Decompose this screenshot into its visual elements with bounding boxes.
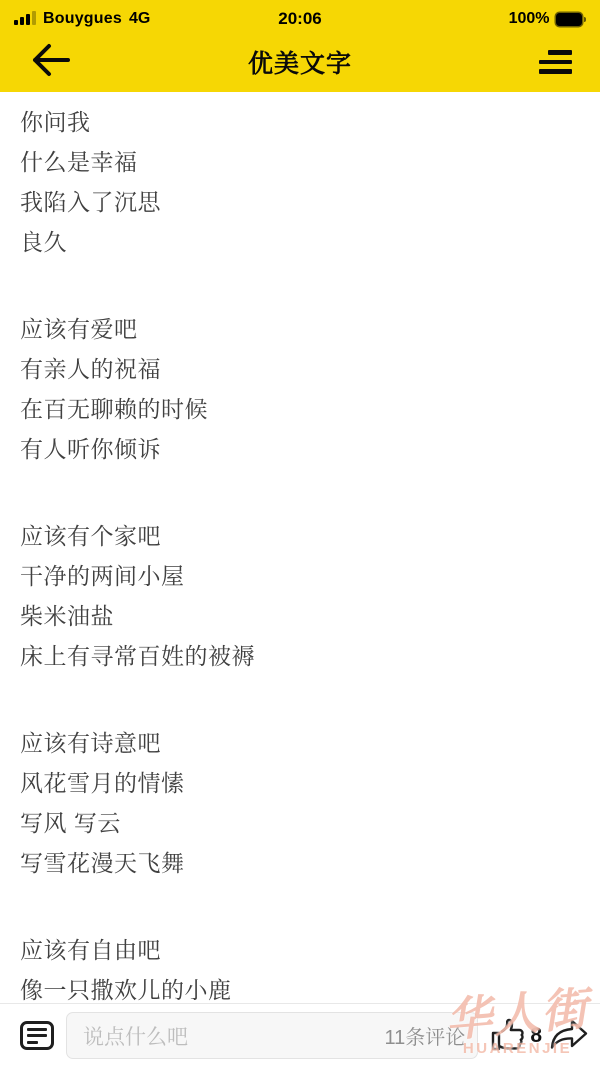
poem-line: 柴米油盐 bbox=[20, 596, 580, 636]
poem-stanza: 应该有爱吧 有亲人的祝福 在百无聊赖的时候 有人听你倾诉 bbox=[20, 309, 580, 469]
article-body: 你问我 什么是幸福 我陷入了沉思 良久 应该有爱吧 有亲人的祝福 在百无聊赖的时… bbox=[0, 92, 600, 1003]
page-title: 优美文字 bbox=[0, 44, 600, 80]
menu-button[interactable] bbox=[532, 44, 572, 80]
poem-stanza: 应该有诗意吧 风花雪月的情愫 写风 写云 写雪花漫天飞舞 bbox=[20, 723, 580, 883]
poem-line: 你问我 bbox=[20, 102, 580, 142]
like-group: 8 bbox=[488, 1017, 590, 1055]
nav-bar: 优美文字 bbox=[0, 32, 600, 92]
status-bar: Bouygues 4G 20:06 100% bbox=[0, 0, 600, 32]
poem-line: 写风 写云 bbox=[20, 803, 580, 843]
poem-stanza: 应该有自由吧 像一只撒欢儿的小鹿 bbox=[20, 930, 580, 1003]
like-button[interactable] bbox=[488, 1017, 528, 1055]
comment-input-placeholder: 说点什么吧 bbox=[83, 1021, 385, 1051]
poem-line: 在百无聊赖的时候 bbox=[20, 389, 580, 429]
app-header: Bouygues 4G 20:06 100% 优美文字 bbox=[0, 0, 600, 92]
phone-screen: Bouygues 4G 20:06 100% 优美文字 bbox=[0, 0, 600, 1067]
poem-line: 良久 bbox=[20, 222, 580, 262]
back-button[interactable] bbox=[26, 40, 74, 84]
share-arrow-icon bbox=[548, 1042, 590, 1059]
poem-line: 应该有个家吧 bbox=[20, 516, 580, 556]
comment-bar: 说点什么吧 11条评论 8 bbox=[0, 1003, 600, 1067]
poem-line: 风花雪月的情愫 bbox=[20, 763, 580, 803]
poem-line: 写雪花漫天飞舞 bbox=[20, 843, 580, 883]
battery-body bbox=[556, 13, 582, 26]
comment-count-label: 11条评论 bbox=[385, 1021, 466, 1050]
poem-stanza: 你问我 什么是幸福 我陷入了沉思 良久 bbox=[20, 102, 580, 262]
hamburger-menu-icon bbox=[548, 50, 572, 55]
signal-bar bbox=[20, 17, 24, 25]
poem-line: 有人听你倾诉 bbox=[20, 429, 580, 469]
network-type-label: 4G bbox=[129, 10, 150, 28]
poem-stanza: 应该有个家吧 干净的两间小屋 柴米油盐 床上有寻常百姓的被褥 bbox=[20, 516, 580, 676]
signal-bar bbox=[26, 14, 30, 25]
status-left: Bouygues 4G bbox=[14, 10, 224, 28]
status-right: 100% bbox=[376, 10, 586, 28]
poem-line: 什么是幸福 bbox=[20, 142, 580, 182]
signal-bar bbox=[32, 11, 36, 25]
share-button[interactable] bbox=[548, 1017, 590, 1055]
poem-line: 有亲人的祝福 bbox=[20, 349, 580, 389]
poem-line: 干净的两间小屋 bbox=[20, 556, 580, 596]
battery-tip bbox=[584, 17, 587, 22]
signal-bar bbox=[14, 20, 18, 25]
like-count-label: 8 bbox=[530, 1024, 542, 1048]
carrier-label: Bouygues bbox=[43, 10, 122, 28]
poem-line: 我陷入了沉思 bbox=[20, 182, 580, 222]
back-arrow-icon bbox=[28, 43, 72, 82]
comment-list-icon[interactable] bbox=[20, 1021, 54, 1050]
thumbs-up-icon bbox=[488, 1042, 528, 1059]
poem-line: 应该有爱吧 bbox=[20, 309, 580, 349]
poem-line: 应该有诗意吧 bbox=[20, 723, 580, 763]
signal-strength-icon bbox=[14, 11, 36, 28]
poem-line: 像一只撒欢儿的小鹿 bbox=[20, 970, 580, 1003]
poem-line: 应该有自由吧 bbox=[20, 930, 580, 970]
battery-percent-label: 100% bbox=[509, 10, 550, 28]
comment-input[interactable]: 说点什么吧 11条评论 bbox=[66, 1012, 478, 1059]
poem-line: 床上有寻常百姓的被褥 bbox=[20, 636, 580, 676]
battery-icon bbox=[556, 13, 587, 26]
clock-label: 20:06 bbox=[224, 9, 376, 29]
